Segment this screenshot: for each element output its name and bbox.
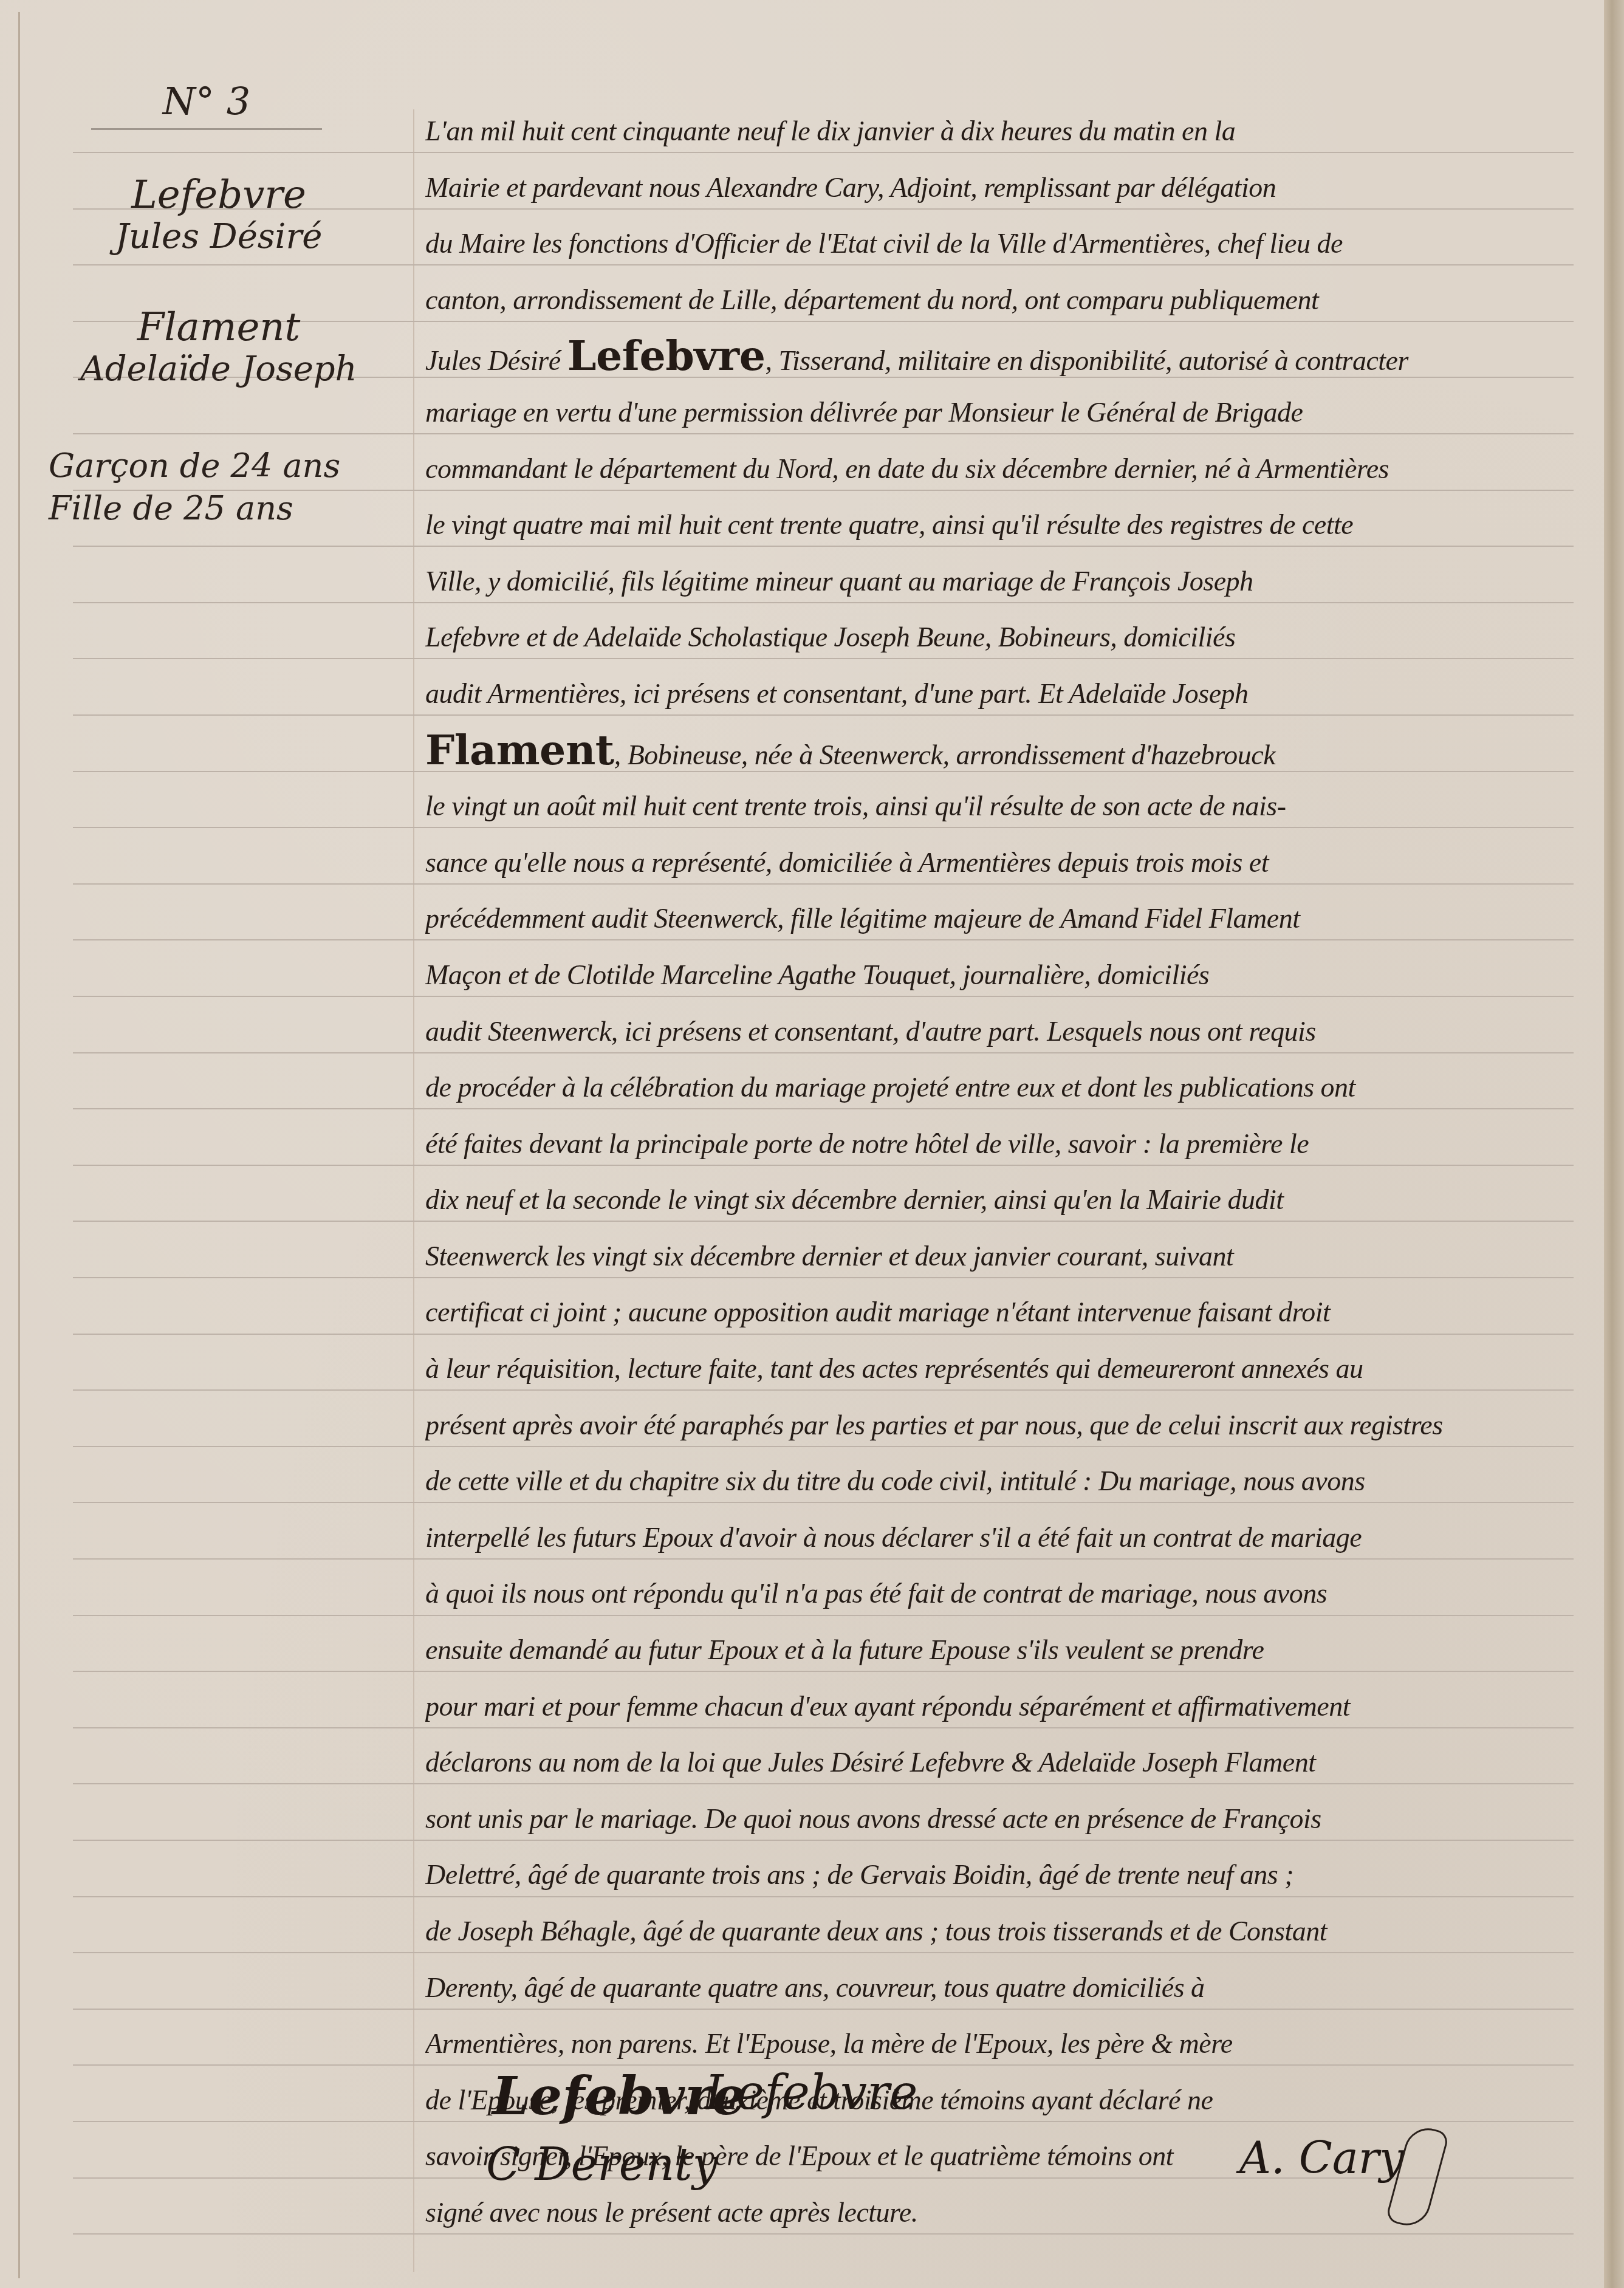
- groom-surname-emphasis: Lefebvre: [567, 332, 766, 380]
- body-line: canton, arrondissement de Lille, départe…: [425, 272, 1598, 329]
- body-line: Steenwerck les vingt six décembre dernie…: [425, 1228, 1598, 1285]
- bride-given-names: Adelaïde Joseph: [49, 349, 389, 390]
- act-number: N° 3: [91, 79, 322, 130]
- groom-surname: Lefebvre: [49, 174, 389, 216]
- body-line: été faites devant la principale porte de…: [425, 1116, 1598, 1173]
- bride-surname: Flament: [49, 306, 389, 349]
- body-line: dix neuf et la seconde le vingt six déce…: [425, 1172, 1598, 1228]
- body-line: sont unis par le mariage. De quoi nous a…: [425, 1791, 1598, 1848]
- body-line: Derenty, âgé de quarante quatre ans, cou…: [425, 1960, 1598, 2016]
- signature-block: Lefebvre Lefebvre C Derenty A. Cary: [425, 2053, 1598, 2248]
- margin-annotation: N° 3 Lefebvre Jules Désiré Flament Adela…: [49, 79, 389, 530]
- body-line: présent après avoir été paraphés par les…: [425, 1397, 1598, 1454]
- body-line: audit Armentières, ici présens et consen…: [425, 666, 1598, 722]
- body-line: à leur réquisition, lecture faite, tant …: [425, 1341, 1598, 1397]
- body-line: Ville, y domicilié, fils légitime mineur…: [425, 553, 1598, 610]
- body-line: à quoi ils nous ont répondu qu'il n'a pa…: [425, 1566, 1598, 1622]
- body-line: commandant le département du Nord, en da…: [425, 441, 1598, 498]
- body-line: le vingt quatre mai mil huit cent trente…: [425, 497, 1598, 553]
- signature-officer-cary: A. Cary: [1239, 2132, 1404, 2184]
- body-line: Lefebvre et de Adelaïde Scholastique Jos…: [425, 609, 1598, 666]
- body-line: L'an mil huit cent cinquante neuf le dix…: [425, 103, 1598, 160]
- body-line: mariage en vertu d'une permission délivr…: [425, 385, 1598, 441]
- body-line: Jules Désiré Lefebvre, Tisserand, milita…: [425, 328, 1598, 385]
- groom-age: Garçon de 24 ans: [49, 445, 389, 487]
- body-line: le vingt un août mil huit cent trente tr…: [425, 778, 1598, 835]
- body-line: Mairie et pardevant nous Alexandre Cary,…: [425, 160, 1598, 216]
- bride-age: Fille de 25 ans: [49, 487, 389, 530]
- bride-surname-emphasis: Flament: [425, 726, 614, 775]
- body-line: interpellé les futurs Epoux d'avoir à no…: [425, 1510, 1598, 1566]
- body-line: Flament, Bobineuse, née à Steenwerck, ar…: [425, 722, 1598, 779]
- body-line: de procéder à la célébration du mariage …: [425, 1060, 1598, 1116]
- body-line: Maçon et de Clotilde Marceline Agathe To…: [425, 947, 1598, 1004]
- body-line: déclarons au nom de la loi que Jules Dés…: [425, 1735, 1598, 1791]
- body-line: pour mari et pour femme chacun d'eux aya…: [425, 1679, 1598, 1735]
- body-line: précédemment audit Steenwerck, fille lég…: [425, 891, 1598, 947]
- body-line: Delettré, âgé de quarante trois ans ; de…: [425, 1847, 1598, 1903]
- register-page: N° 3 Lefebvre Jules Désiré Flament Adela…: [0, 0, 1605, 2288]
- body-line: ensuite demandé au futur Epoux et à la f…: [425, 1622, 1598, 1679]
- body-line: audit Steenwerck, ici présens et consent…: [425, 1004, 1598, 1060]
- page-fold-line: [18, 12, 20, 2278]
- signature-witness-derenty: C Derenty: [486, 2139, 718, 2191]
- body-line: certificat ci joint ; aucune opposition …: [425, 1284, 1598, 1341]
- binding-edge: [1604, 0, 1624, 2288]
- body-line: de cette ville et du chapitre six du tit…: [425, 1453, 1598, 1510]
- act-body: L'an mil huit cent cinquante neuf le dix…: [425, 103, 1598, 2241]
- body-line: sance qu'elle nous a représenté, domicil…: [425, 835, 1598, 891]
- body-line: du Maire les fonctions d'Officier de l'E…: [425, 216, 1598, 272]
- body-line: de Joseph Béhagle, âgé de quarante deux …: [425, 1903, 1598, 1960]
- signature-groom-father: Lefebvre: [705, 2066, 917, 2120]
- groom-given-names: Jules Désiré: [49, 216, 389, 258]
